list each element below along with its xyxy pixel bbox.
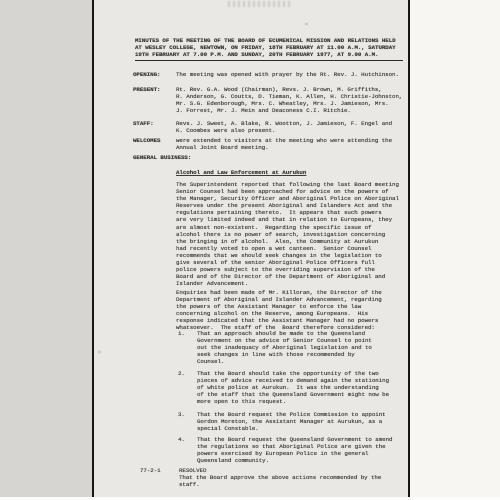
scan-margin-left — [0, 0, 92, 497]
staff-label: STAFF: — [133, 120, 154, 127]
paragraph-enquiries: Enquiries had been made of Mr. Killoran,… — [176, 289, 382, 332]
resolution-text: RESOLVED That the Board approve the abov… — [179, 467, 381, 488]
list-item-text: That the Board request the Queensland Go… — [197, 436, 392, 464]
scan-speck — [305, 23, 308, 25]
list-item-text: That an approach should be made to the Q… — [197, 330, 372, 365]
list-item-number: 1. — [178, 330, 185, 337]
general-business-label: GENERAL BUSINESS: — [133, 154, 191, 161]
document-title: MINUTES OF THE MEETING OF THE BOARD OF E… — [135, 37, 403, 61]
list-item-number: 4. — [178, 436, 185, 443]
present-label: PRESENT: — [133, 86, 160, 93]
scan-margin-right — [410, 0, 500, 497]
welcomes-text: were extended to visitors at the meeting… — [176, 137, 392, 151]
list-item-number: 3. — [178, 411, 185, 418]
scan-smudge — [228, 1, 292, 7]
paragraph-superintendent-report: The Superintendent reported that followi… — [176, 181, 399, 287]
list-item-number: 2. — [178, 370, 185, 377]
scan-speck — [98, 351, 101, 353]
opening-text: The meeting was opened with prayer by th… — [176, 71, 399, 78]
resolution-reference: 77-2-1 — [140, 467, 161, 474]
list-item-text: That the Board request the Police Commis… — [197, 411, 386, 432]
staff-text: Revs. J. Sweet, A. Blake, R. Wootton, J.… — [176, 120, 392, 134]
welcomes-label: WELCOMES — [133, 137, 160, 144]
list-item-text: That the Board should take the opportuni… — [197, 370, 389, 405]
agenda-item-heading: Alcohol and Law Enforcement at Aurukun — [176, 169, 306, 176]
scanned-minutes-document: MINUTES OF THE MEETING OF THE BOARD OF E… — [0, 0, 500, 500]
opening-label: OPENING: — [133, 71, 160, 78]
present-text: Rt. Rev. G.A. Wood (Chairman), Revs. J. … — [176, 86, 402, 114]
